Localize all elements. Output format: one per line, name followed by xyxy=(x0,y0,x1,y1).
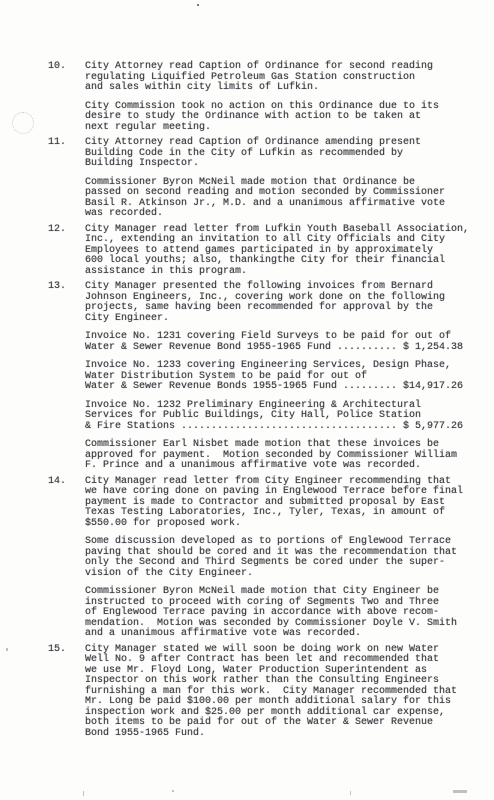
scan-tick-bottom-1 xyxy=(83,791,84,796)
minutes-item-13: 13. City Manager presented the following… xyxy=(48,282,478,472)
scan-speck-top xyxy=(197,4,199,6)
minutes-text-block: 10. City Attorney read Caption of Ordina… xyxy=(48,62,478,744)
invoice-line-1231: Invoice No. 1231 covering Field Surveys … xyxy=(85,332,478,353)
paragraph: Commissioner Byron McNeil made motion th… xyxy=(85,178,478,220)
paragraph: City Manager read letter from City Engin… xyxy=(85,477,478,530)
scan-smudge-left-margin xyxy=(12,112,34,134)
invoice-line-1233: Invoice No. 1233 covering Engineering Se… xyxy=(85,361,478,393)
paragraph: Commissioner Byron McNeil made motion th… xyxy=(85,587,478,640)
minutes-item-14: 14. City Manager read letter from City E… xyxy=(48,477,478,640)
scan-tick-bottom-2 xyxy=(350,791,351,795)
item-number: 13. xyxy=(48,282,70,293)
paragraph: City Attorney read Caption of Ordinance … xyxy=(85,62,478,94)
paragraph: City Manager presented the following inv… xyxy=(85,282,478,324)
scan-speck-left xyxy=(6,648,8,651)
paragraph: Some discussion developed as to portions… xyxy=(85,537,478,579)
minutes-item-12: 12. City Manager read letter from Lufkin… xyxy=(48,225,478,278)
paragraph: Commissioner Earl Nisbet made motion tha… xyxy=(85,440,478,472)
invoice-line-1232: Invoice No. 1232 Preliminary Engineering… xyxy=(85,401,478,433)
scanned-minutes-page: 10. City Attorney read Caption of Ordina… xyxy=(0,0,494,800)
item-number: 14. xyxy=(48,477,70,488)
scan-dot-bottom xyxy=(172,790,174,792)
paragraph: City Manager stated we will soon be doin… xyxy=(85,645,478,740)
minutes-item-10: 10. City Attorney read Caption of Ordina… xyxy=(48,62,478,133)
item-number: 12. xyxy=(48,225,70,236)
paragraph: City Manager read letter from Lufkin You… xyxy=(85,225,478,278)
paragraph: City Commission took no action on this O… xyxy=(85,102,478,134)
minutes-item-11: 11. City Attorney read Caption of Ordina… xyxy=(48,138,478,220)
minutes-item-15: 15. City Manager stated we will soon be … xyxy=(48,645,478,740)
paragraph: City Attorney read Caption of Ordinance … xyxy=(85,138,478,170)
item-number: 11. xyxy=(48,138,70,149)
item-number: 15. xyxy=(48,645,70,656)
item-number: 10. xyxy=(48,62,70,73)
scan-smudge-bottom-right xyxy=(453,790,467,793)
